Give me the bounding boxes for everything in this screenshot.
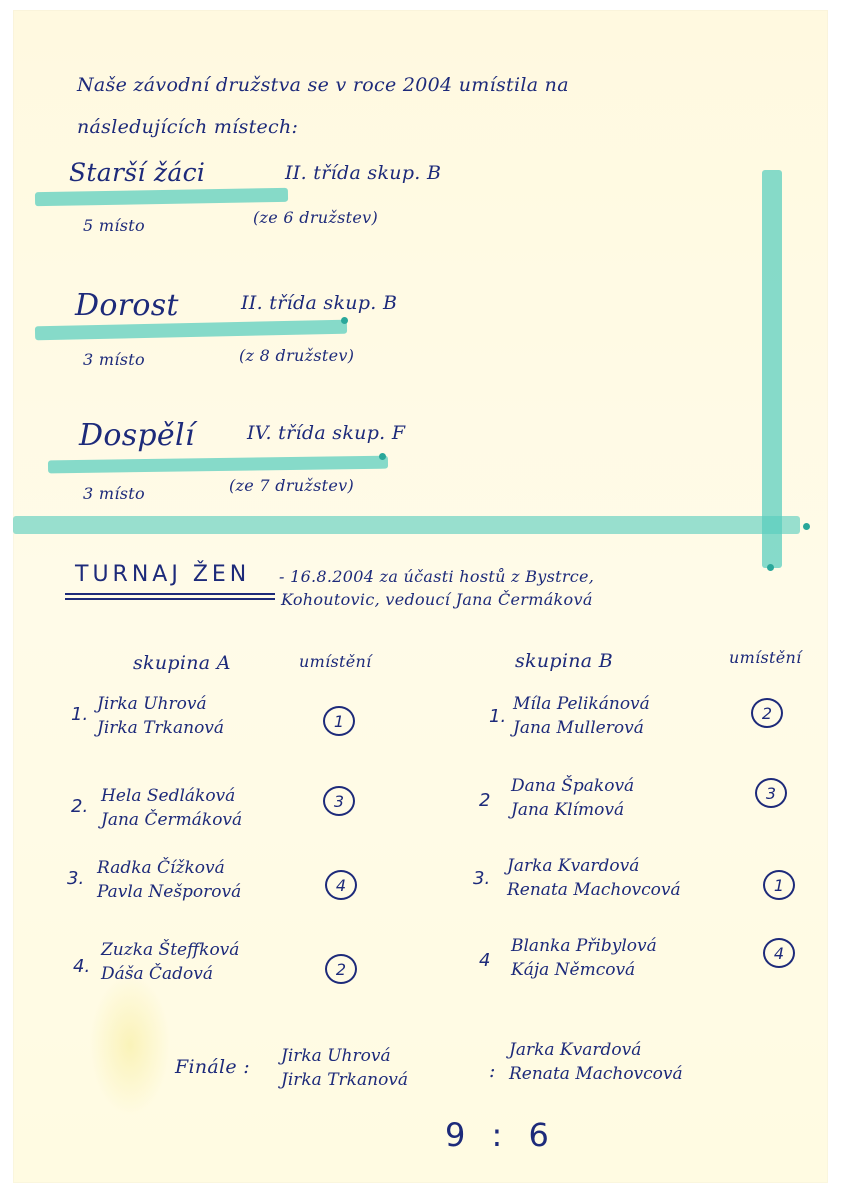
placement-circle: 1 (323, 706, 355, 736)
final-score: 9 : 6 (445, 1116, 557, 1154)
group-b-label: skupina B (515, 650, 613, 672)
player-name: Jana Klímová (511, 798, 634, 822)
placement-circle: 2 (751, 698, 783, 728)
highlighter-horizontal (13, 516, 800, 534)
team-of: (ze 6 družstev) (253, 208, 378, 227)
team-place: 5 místo (83, 216, 145, 235)
pair-number: 2 (479, 790, 490, 811)
final-right-pair: Jarka Kvardová Renata Machovcová (509, 1038, 683, 1086)
final-separator: : (489, 1060, 496, 1082)
player-name: Hela Sedláková (101, 784, 242, 808)
pair-names: Hela Sedláková Jana Čermáková (101, 784, 242, 832)
team-place: 3 místo (83, 484, 145, 503)
tournament-desc-line-2: Kohoutovic, vedoucí Jana Čermáková (281, 590, 593, 609)
final-label: Finále : (175, 1056, 250, 1078)
placement-circle: 4 (763, 938, 795, 968)
team-category: Dospělí (79, 418, 195, 453)
pair-names: Jirka Uhrová Jirka Trkanová (97, 692, 224, 740)
pair-names: Radka Čížková Pavla Nešporová (97, 856, 241, 904)
player-name: Pavla Nešporová (97, 880, 241, 904)
player-name: Jirka Trkanová (281, 1068, 408, 1092)
player-name: Jirka Trkanová (97, 716, 224, 740)
pair-names: Dana Špaková Jana Klímová (511, 774, 634, 822)
placement-circle: 1 (763, 870, 795, 900)
pair-number: 3. (67, 868, 84, 889)
player-name: Jarka Kvardová (507, 854, 681, 878)
title-underline (65, 598, 275, 600)
player-name: Radka Čížková (97, 856, 241, 880)
pair-number: 4 (479, 950, 490, 971)
team-league: IV. třída skup. F (247, 422, 405, 444)
pair-number: 1. (489, 706, 506, 727)
team-category: Dorost (75, 288, 179, 323)
team-category: Starší žáci (69, 158, 205, 187)
group-a-placement-label: umístění (299, 652, 372, 671)
pair-names: Zuzka Šteffková Dáša Čadová (101, 938, 239, 986)
player-name: Jana Mullerová (513, 716, 650, 740)
highlighter-vertical (762, 170, 782, 568)
pair-names: Blanka Přibylová Kája Němcová (511, 934, 657, 982)
placement-circle: 3 (755, 778, 787, 808)
player-name: Renata Machovcová (509, 1062, 683, 1086)
highlighter-stroke (48, 456, 388, 474)
team-place: 3 místo (83, 350, 145, 369)
team-of: (z 8 družstev) (239, 346, 354, 365)
final-left-pair: Jirka Uhrová Jirka Trkanová (281, 1044, 408, 1092)
intro-line-2: následujících místech: (77, 116, 298, 138)
team-league: II. třída skup. B (241, 292, 397, 314)
player-name: Kája Němcová (511, 958, 657, 982)
tournament-title: TURNAJ ŽEN (75, 562, 250, 587)
pair-names: Jarka Kvardová Renata Machovcová (507, 854, 681, 902)
player-name: Zuzka Šteffková (101, 938, 239, 962)
pair-number: 3. (473, 868, 490, 889)
player-name: Jana Čermáková (101, 808, 242, 832)
group-a-label: skupina A (133, 652, 231, 674)
player-name: Jirka Uhrová (281, 1044, 408, 1068)
placement-circle: 2 (325, 954, 357, 984)
scanned-page: Naše závodní družstva se v roce 2004 umí… (13, 10, 828, 1183)
pair-number: 1. (71, 704, 88, 725)
tournament-desc-line-1: - 16.8.2004 za účasti hostů z Bystrce, (279, 567, 594, 586)
pair-number: 4. (73, 956, 90, 977)
highlighter-dot (341, 317, 348, 324)
player-name: Míla Pelikánová (513, 692, 650, 716)
highlighter-dot (767, 564, 774, 571)
player-name: Dáša Čadová (101, 962, 239, 986)
player-name: Blanka Přibylová (511, 934, 657, 958)
player-name: Jirka Uhrová (97, 692, 224, 716)
player-name: Dana Špaková (511, 774, 634, 798)
title-underline (65, 593, 275, 595)
pair-names: Míla Pelikánová Jana Mullerová (513, 692, 650, 740)
highlighter-dot (803, 523, 810, 530)
highlighter-stroke (35, 188, 288, 206)
placement-circle: 4 (325, 870, 357, 900)
placement-circle: 3 (323, 786, 355, 816)
pair-number: 2. (71, 796, 88, 817)
intro-line-1: Naše závodní družstva se v roce 2004 umí… (77, 74, 569, 96)
group-b-placement-label: umístění (729, 648, 802, 667)
player-name: Jarka Kvardová (509, 1038, 683, 1062)
team-league: II. třída skup. B (285, 162, 441, 184)
team-of: (ze 7 družstev) (229, 476, 354, 495)
player-name: Renata Machovcová (507, 878, 681, 902)
highlighter-dot (379, 453, 386, 460)
